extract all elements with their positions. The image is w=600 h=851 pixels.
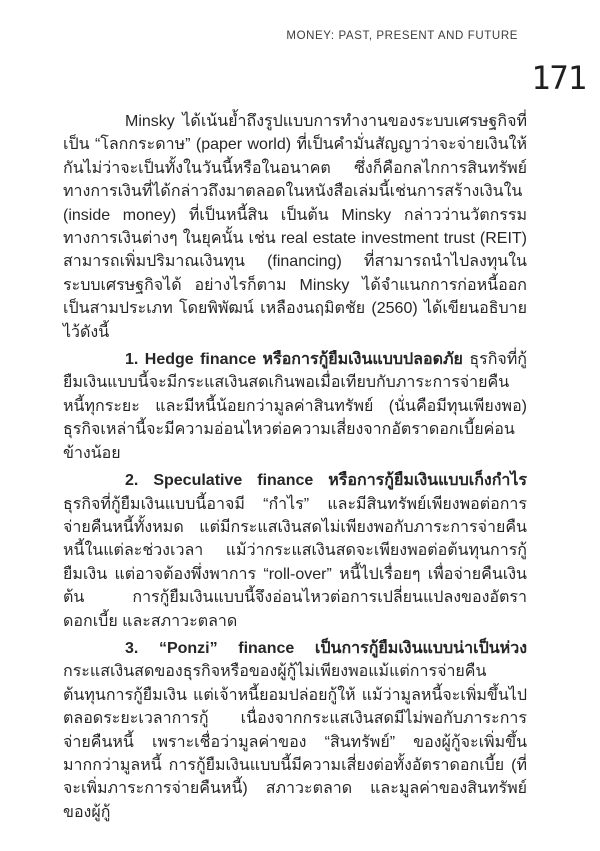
paragraph-text: Minsky ได้เน้นย้ำถึงรูปแบบการทำงานของระบ… (63, 113, 527, 341)
paragraph-lead: 2. Speculative finance หรือการกู้ยืมเงิน… (125, 472, 527, 489)
page-body: Minsky ได้เน้นย้ำถึงรูปแบบการทำงานของระบ… (63, 110, 527, 828)
paragraph-ponzi-finance: 3. “Ponzi” finance เป็นการกู้ยืมเงินแบบน… (63, 637, 527, 824)
paragraph-lead: 3. “Ponzi” finance เป็นการกู้ยืมเงินแบบน… (125, 640, 527, 657)
book-page: MONEY: PAST, PRESENT AND FUTURE 171 Mins… (0, 0, 600, 851)
paragraph-lead: 1. Hedge finance หรือการกู้ยืมเงินแบบปลอ… (125, 351, 463, 368)
paragraph-text: กระแสเงินสดของธุรกิจหรือของผู้กู้ไม่เพีย… (63, 663, 527, 820)
paragraph-text: ธุรกิจที่กู้ยืมเงินแบบนี้อาจมี “กำไร” แล… (63, 496, 527, 630)
paragraph-speculative-finance: 2. Speculative finance หรือการกู้ยืมเงิน… (63, 469, 527, 633)
paragraph-intro: Minsky ได้เน้นย้ำถึงรูปแบบการทำงานของระบ… (63, 110, 527, 344)
page-number: 171 (531, 62, 586, 94)
running-header: MONEY: PAST, PRESENT AND FUTURE (286, 30, 518, 42)
paragraph-hedge-finance: 1. Hedge finance หรือการกู้ยืมเงินแบบปลอ… (63, 348, 527, 465)
